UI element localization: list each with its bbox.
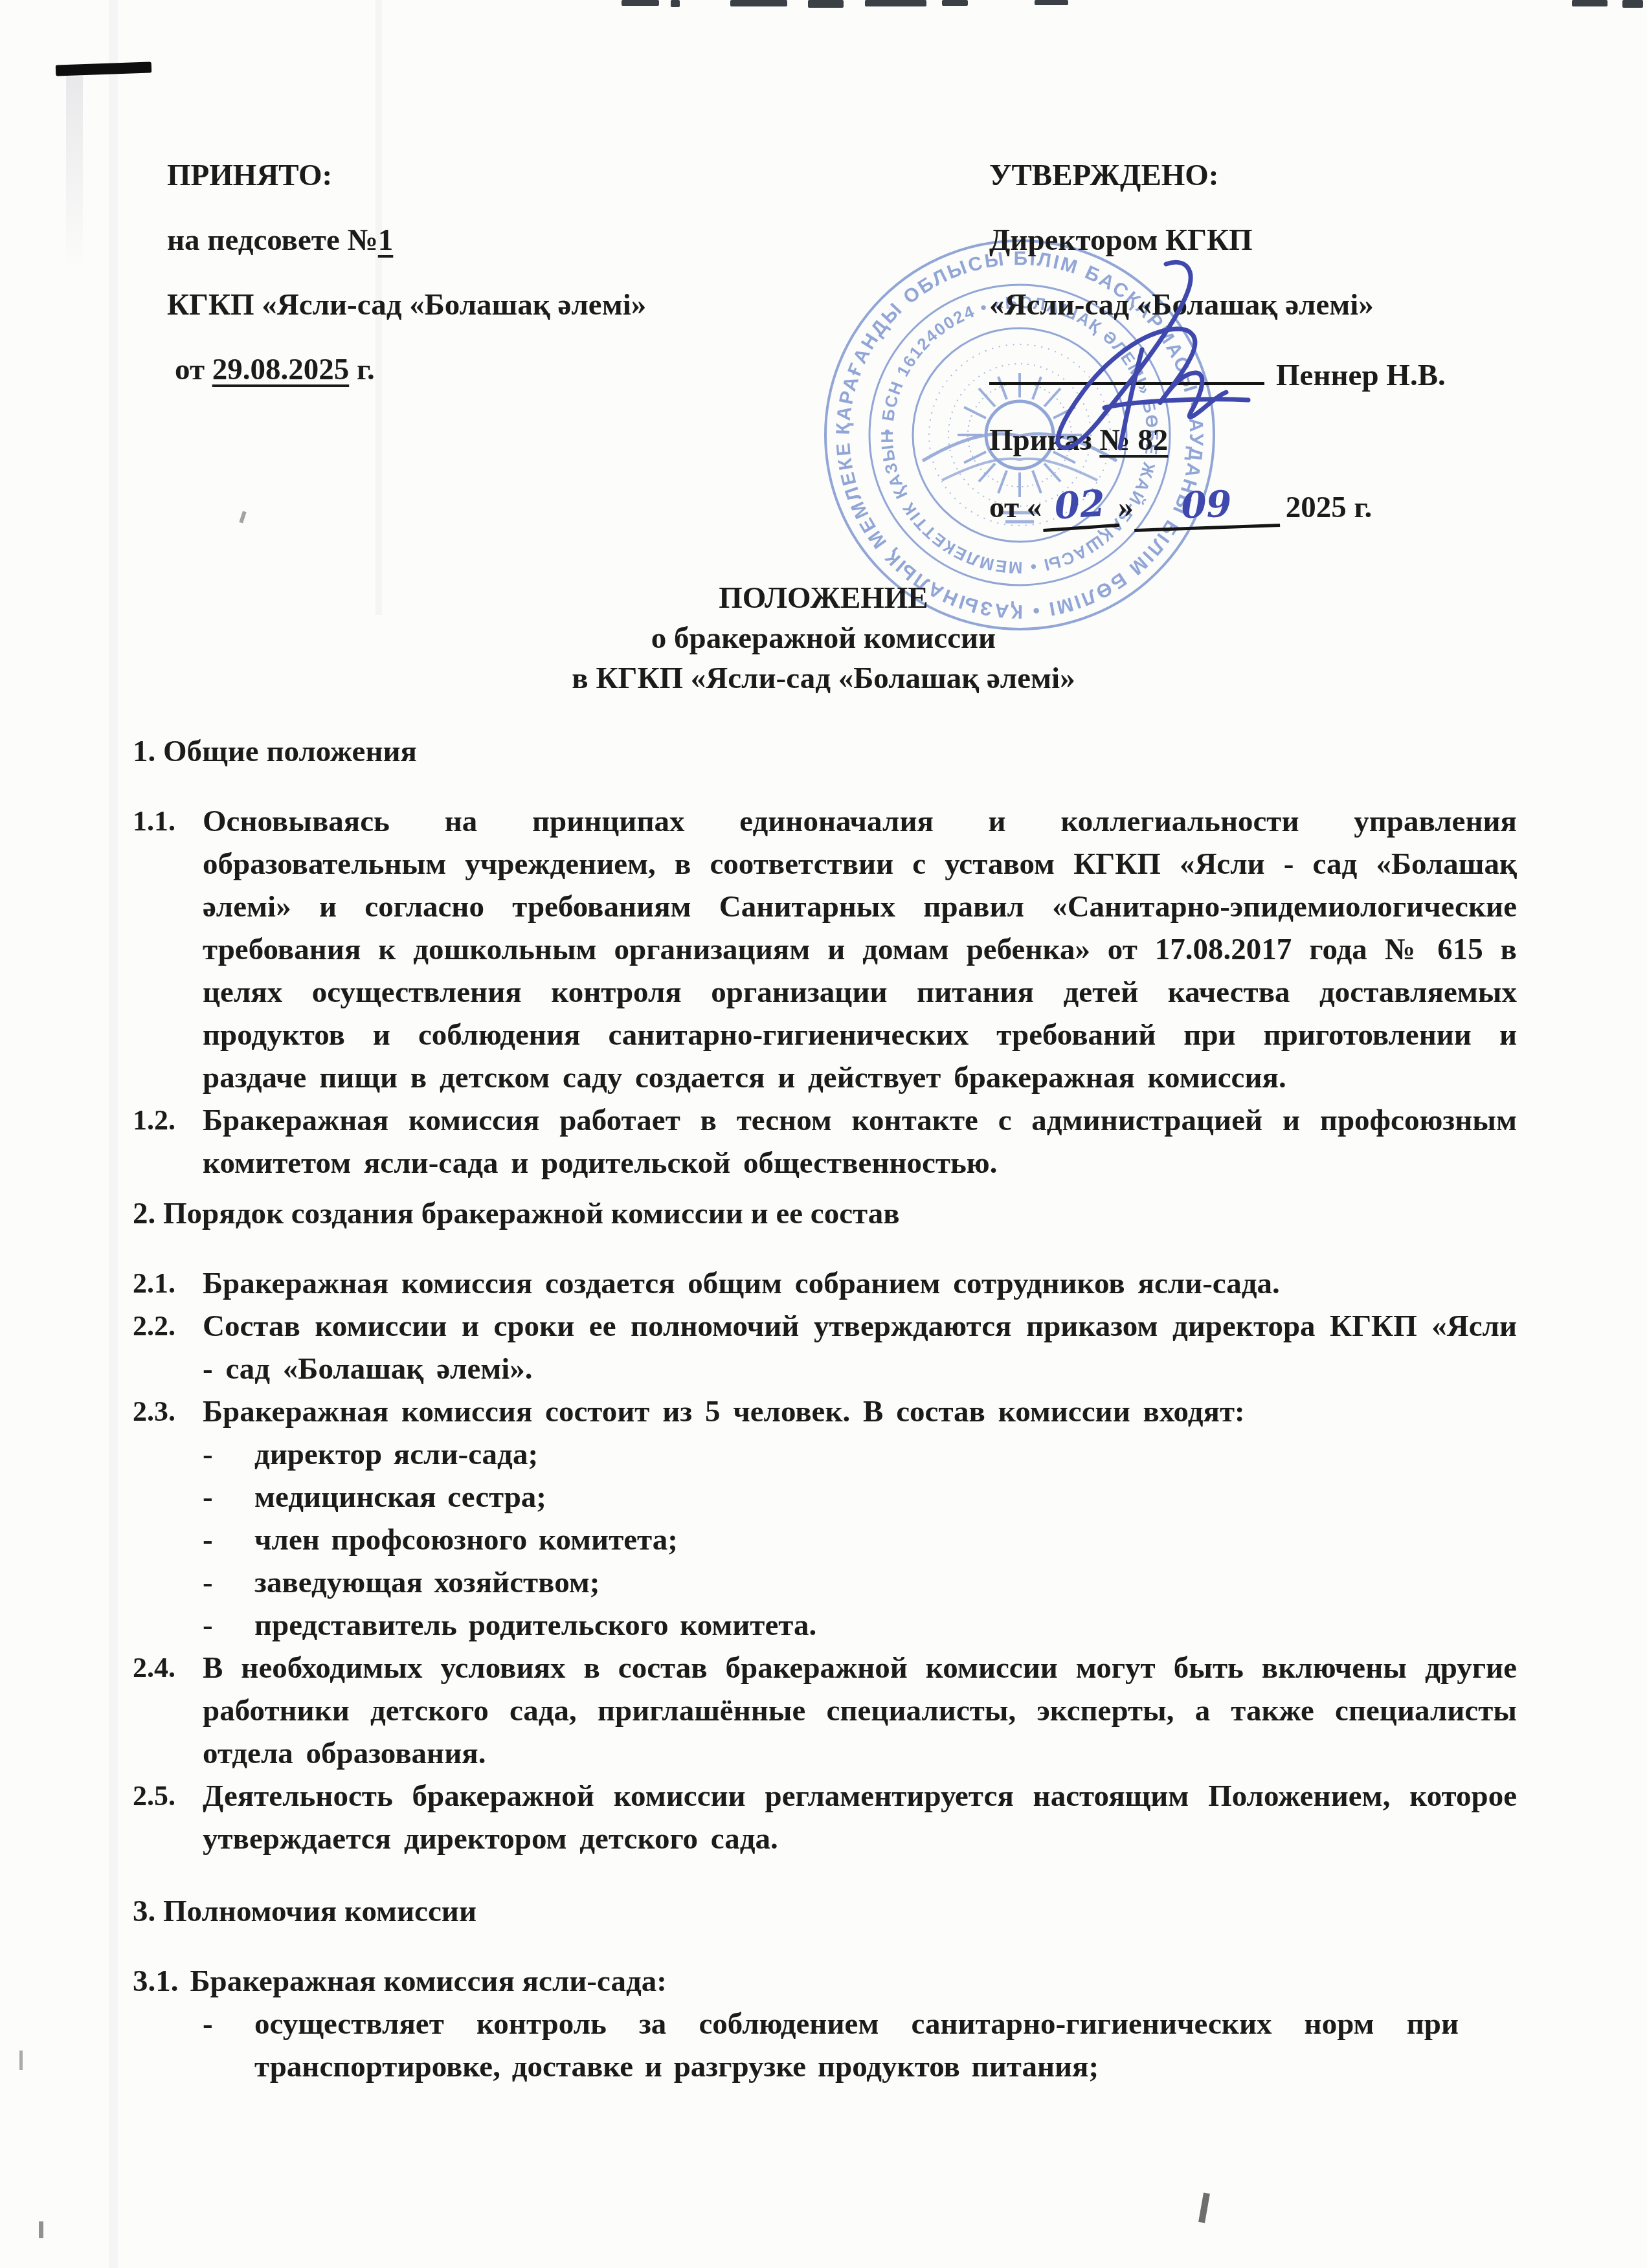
list-item: -медицинская сестра; — [133, 1476, 1517, 1518]
clause-2-3: 2.3. Бракеражная комиссия состоит из 5 ч… — [133, 1390, 1517, 1433]
title-line-3: в КГКП «Ясли-сад «Болашақ әлемі» — [0, 658, 1647, 698]
scan-speck — [39, 2221, 43, 2238]
section-1-heading: 1. Общие положения — [133, 730, 1517, 773]
section-2-heading: 2. Порядок создания бракеражной комиссии… — [133, 1192, 1517, 1235]
handwritten-month: 09 — [1133, 481, 1280, 532]
scan-speck — [19, 2051, 23, 2070]
document-title: ПОЛОЖЕНИЕ о бракеражной комиссии в КГКП … — [0, 578, 1647, 698]
handwritten-day: 02 — [1040, 481, 1120, 532]
clause-2-5: 2.5. Деятельность бракеражной комиссии р… — [133, 1775, 1517, 1860]
list-item: -член профсоюзного комитета; — [133, 1518, 1517, 1561]
scan-top-dash — [808, 0, 844, 8]
accepted-date: 29.08.2025 — [212, 353, 350, 386]
accepted-pedsovet-line: на педсовете №1 — [167, 219, 847, 261]
scan-top-dash — [865, 0, 926, 6]
order-year: 2025 г. — [1279, 491, 1372, 524]
accepted-date-line: от 29.08.2025 г. — [167, 348, 847, 391]
list-item: -осуществляет контроль за соблюдением са… — [133, 2003, 1517, 2088]
title-line-1: ПОЛОЖЕНИЕ — [0, 578, 1647, 618]
scan-top-dash — [730, 0, 787, 6]
scan-top-dash — [622, 0, 659, 6]
clause-1-2: 1.2. Бракеражная комиссия работает в тес… — [133, 1099, 1517, 1184]
section-3-heading: 3. Полномочия комиссии — [133, 1890, 1517, 1933]
clause-2-1: 2.1. Бракеражная комиссия создается общи… — [133, 1262, 1517, 1305]
scan-top-dash — [671, 0, 680, 7]
accepted-title: ПРИНЯТО: — [167, 154, 847, 197]
document-page: ҚАРАҒАНДЫ ОБЛЫСЫ БІЛІМ БАСҚАРМАСЫ • АУДА… — [0, 0, 1647, 2268]
list-item: -директор ясли-сада; — [133, 1433, 1517, 1476]
accepted-org-line: КГКП «Ясли-сад «Болашақ әлемі» — [167, 283, 847, 326]
clause-3-1: 3.1.Бракеражная комиссия ясли-сада: — [133, 1960, 1517, 2003]
signature-row: Пеннер Н.В. — [989, 348, 1624, 397]
clause-1-1: 1.1. Основываясь на принципах единоначал… — [133, 800, 1517, 1099]
clause-2-2: 2.2. Состав комиссии и сроки ее полномоч… — [133, 1305, 1517, 1390]
list-item: -заведующая хозяйством; — [133, 1561, 1517, 1604]
order-date-line: от «02»092025 г. — [989, 484, 1624, 529]
commission-members-list: -директор ясли-сада; -медицинская сестра… — [133, 1433, 1517, 1647]
scan-fold-line — [109, 0, 118, 2268]
clause-2-4: 2.4. В необходимых условиях в состав бра… — [133, 1647, 1517, 1775]
title-line-2: о бракеражной комиссии — [0, 618, 1647, 658]
pedsovet-number: 1 — [378, 223, 394, 257]
scan-top-dash — [942, 0, 968, 6]
scan-corner-mark — [56, 61, 152, 76]
affirmed-title: УТВЕРЖДЕНО: — [989, 154, 1624, 197]
scan-top-dash — [1622, 0, 1643, 8]
accepted-block: ПРИНЯТО: на педсовете №1 КГКП «Ясли-сад … — [167, 154, 847, 413]
signature-scribble — [1007, 252, 1312, 466]
scan-top-dash — [1572, 0, 1608, 6]
affirmed-block: УТВЕРЖДЕНО: Директором КГКП «Ясли-сад «Б… — [989, 154, 1624, 551]
scan-speck — [239, 511, 246, 524]
scan-top-dash — [1035, 0, 1068, 5]
list-item: -представитель родительского комитета. — [133, 1604, 1517, 1647]
scan-speck — [1198, 2192, 1210, 2223]
commission-powers-list: -осуществляет контроль за соблюдением са… — [133, 2003, 1517, 2088]
scan-smudge — [66, 76, 83, 271]
document-body: 1. Общие положения 1.1. Основываясь на п… — [133, 730, 1517, 2088]
